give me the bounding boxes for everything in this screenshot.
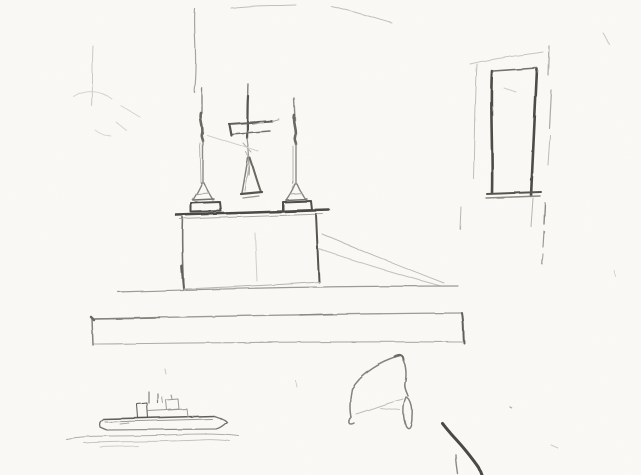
sketch-canvas xyxy=(0,0,641,475)
pencil-sketch xyxy=(0,0,641,475)
right-candlestick-base-line xyxy=(286,199,307,200)
step-middle-dark-left xyxy=(95,318,160,319)
cross-vertical-dark xyxy=(247,96,248,138)
step-middle-dark-mid xyxy=(300,314,332,315)
steps-left-end-cap xyxy=(92,319,93,345)
paper-grain xyxy=(0,0,641,475)
stray-speck-1 xyxy=(510,407,512,408)
window-inner-left-edge xyxy=(491,71,492,193)
window-below-dash-1 xyxy=(544,203,545,224)
left-candlestick-base-line xyxy=(193,199,214,200)
